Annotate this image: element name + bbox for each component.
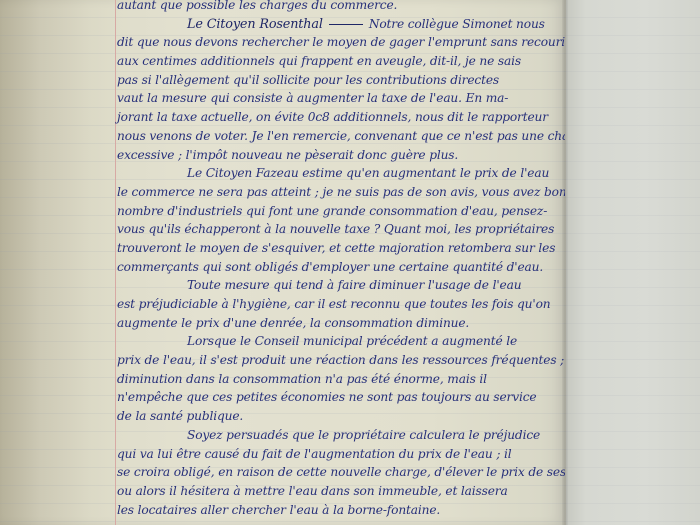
notebook-spread: autant que possible les charges du comme…	[0, 0, 700, 525]
text-line: jorant la taxe actuelle, on évite 0c8 ad…	[115, 108, 565, 127]
paragraph-start: Lorsque le Conseil municipal précédent a…	[115, 332, 565, 351]
text-line: augmente le prix d'une denrée, la consom…	[115, 314, 565, 333]
text-line: commerçants qui sont obligés d'employer …	[115, 258, 565, 277]
text-line: dit que nous devons rechercher le moyen …	[115, 33, 565, 52]
text-line: autant que possible les charges du comme…	[115, 0, 565, 15]
text-line: pas si l'allègement qu'il sollicite pour…	[115, 71, 565, 90]
paragraph-start: Le Citoyen Fazeau estime qu'en augmentan…	[115, 164, 565, 183]
handwritten-text: autant que possible les charges du comme…	[115, 0, 565, 519]
text-line: diminution dans la consommation n'a pas …	[115, 370, 565, 389]
text-line: nombre d'industriels qui font une grande…	[115, 202, 565, 221]
text-line: le commerce ne sera pas atteint ; je ne …	[115, 183, 565, 202]
text-line: ou alors il hésitera à mettre l'eau dans…	[115, 482, 565, 501]
right-page-ruled-lines	[566, 0, 700, 525]
text-line: prix de l'eau, il s'est produit une réac…	[115, 351, 565, 370]
dash-separator	[329, 24, 363, 25]
text-line: aux centimes additionnels qui frappent e…	[115, 52, 565, 71]
speaker-name: Le Citoyen Rosenthal	[187, 17, 323, 32]
speaker-line: Le Citoyen RosenthalNotre collègue Simon…	[115, 15, 565, 34]
text-line: les locataires aller chercher l'eau à la…	[115, 501, 565, 520]
text-line: se croira obligé, en raison de cette nou…	[115, 463, 565, 482]
text-line: nous venons de voter. Je l'en remercie, …	[115, 127, 565, 146]
text-line: est préjudiciable à l'hygiène, car il es…	[115, 295, 565, 314]
text-fragment: Notre collègue Simonet nous	[369, 17, 545, 31]
text-line: de la santé publique.	[115, 407, 565, 426]
text-line: qui va lui être causé du fait de l'augme…	[115, 445, 565, 464]
text-line: n'empêche que ces petites économies ne s…	[115, 388, 565, 407]
paragraph-start: Toute mesure qui tend à faire diminuer l…	[115, 276, 565, 295]
text-line: trouveront le moyen de s'esquiver, et ce…	[115, 239, 565, 258]
text-line: vaut la mesure qui consiste à augmenter …	[115, 89, 565, 108]
text-line: vous qu'ils échapperont à la nouvelle ta…	[115, 220, 565, 239]
paragraph-start: Soyez persuadés que le propriétaire calc…	[115, 426, 565, 445]
text-line: excessive ; l'impôt nouveau ne pèserait …	[115, 146, 565, 165]
